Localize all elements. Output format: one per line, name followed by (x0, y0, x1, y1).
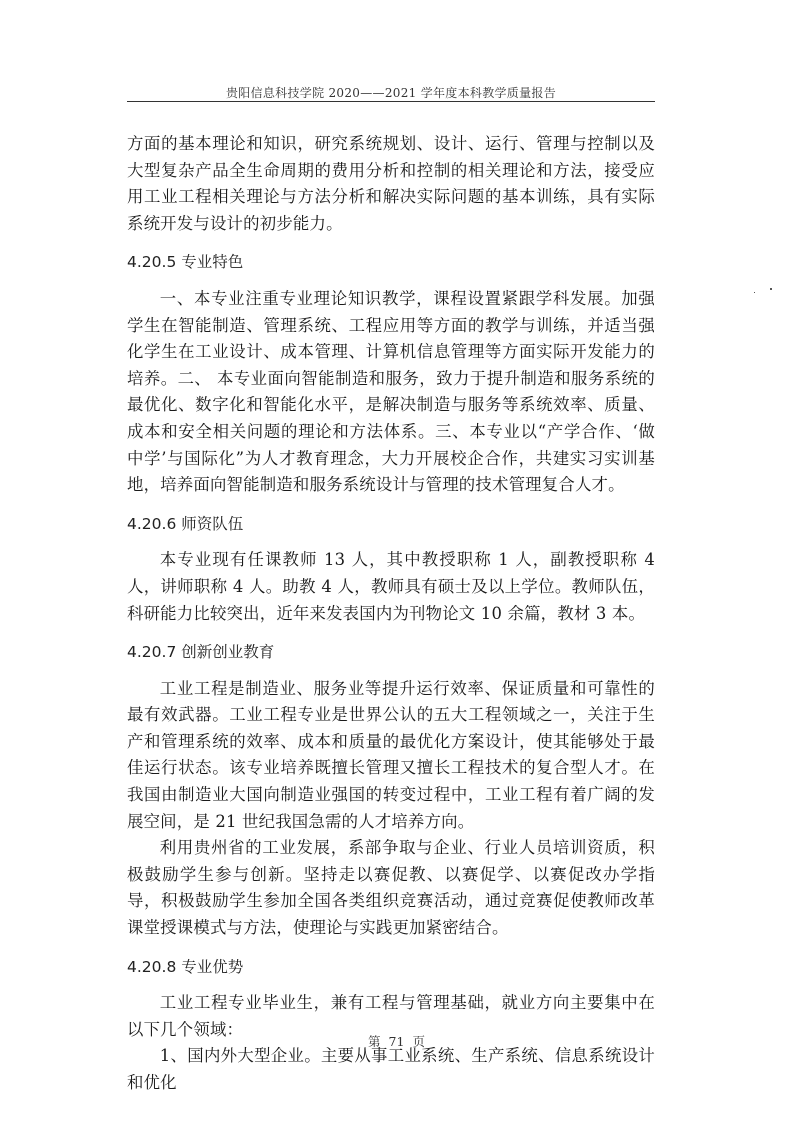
section-heading-4-20-6: 4.20.6 师资队伍 (127, 511, 655, 538)
section-heading-4-20-5: 4.20.5 专业特色 (127, 249, 655, 276)
page-label-suffix: 页 (412, 1034, 425, 1049)
section-heading-4-20-7: 4.20.7 创新创业教育 (127, 639, 655, 666)
scan-speck (770, 288, 772, 290)
header-rule (127, 101, 655, 102)
paragraph-features: 一、本专业注重专业理论知识教学，课程设置紧跟学科发展。加强学生在智能制造、管理系… (127, 286, 655, 499)
running-header: 贵阳信息科技学院 2020——2021 学年度本科教学质量报告 (127, 84, 655, 101)
page-number: 71 (389, 1034, 405, 1049)
section-heading-4-20-8: 4.20.8 专业优势 (127, 954, 655, 981)
paragraph-faculty: 本专业现有任课教师 13 人，其中教授职称 1 人，副教授职称 4 人，讲师职称… (127, 547, 655, 627)
scan-speck (754, 292, 755, 293)
page-footer: 第71页 (0, 1032, 793, 1050)
paragraph-innovation-2: 利用贵州省的工业发展，系部争取与企业、行业人员培训资质，积极鼓励学生参与创新。坚… (127, 835, 655, 941)
paragraph-continuation: 方面的基本理论和知识，研究系统规划、设计、运行、管理与控制以及大型复杂产品全生命… (127, 131, 655, 237)
page-label-prefix: 第 (368, 1034, 381, 1049)
page-body: 方面的基本理论和知识，研究系统规划、设计、运行、管理与控制以及大型复杂产品全生命… (127, 131, 655, 1097)
paragraph-innovation-1: 工业工程是制造业、服务业等提升运行效率、保证质量和可靠性的最有效武器。工业工程专… (127, 676, 655, 836)
paragraph-advantages-item-1: 1、国内外大型企业。主要从事工业系统、生产系统、信息系统设计和优化 (127, 1043, 655, 1096)
